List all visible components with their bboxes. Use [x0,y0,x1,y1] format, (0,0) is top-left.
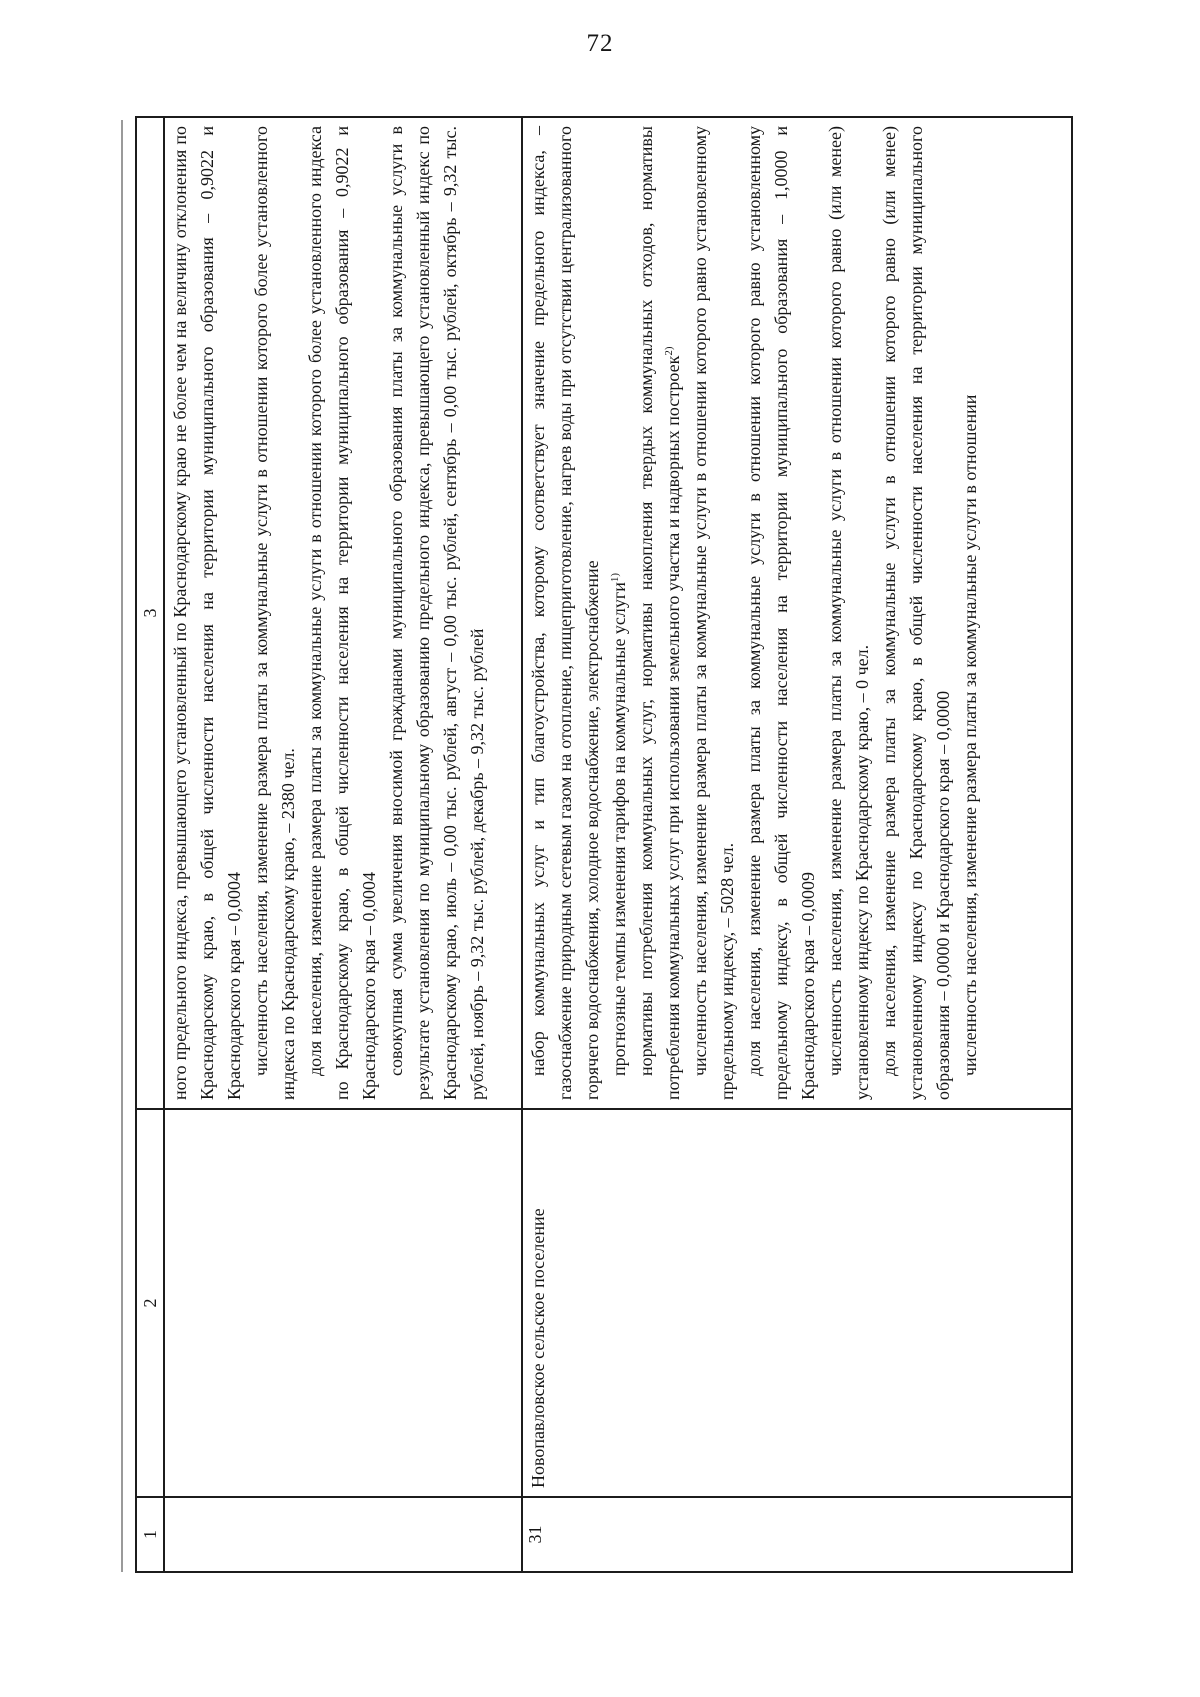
paragraph-text: прогнозные темпы изменения тарифов на ко… [609,582,629,1076]
table-header-row: 1 2 3 [136,117,164,1572]
paragraph: доля населения, изменение размера платы … [302,126,383,1100]
table-row-31: 31 Новопавловское сельское поселение наб… [522,117,1072,1572]
row-number-cell: 31 [522,1497,1072,1572]
footnote-marker-2: 2) [663,346,675,355]
description-cell: набор коммунальных услуг и тип благоустр… [522,117,1072,1109]
paragraph: совокупная сумма увеличения вносимой гра… [383,126,491,1100]
description-cell: ного предельного индекса, превышающего у… [164,117,522,1109]
rotated-table-container: 1 2 3 ного предельного индекса, превышаю… [135,118,1073,1573]
header-cell-col3: 3 [136,117,164,1109]
paragraph: набор коммунальных услуг и тип благоустр… [525,126,606,1100]
paragraph: численность населения, изменение размера… [248,126,302,1100]
paragraph: численность населения, изменение размера… [957,126,984,1100]
paragraph: численность населения, изменение размера… [822,126,876,1100]
limit-index-table: 1 2 3 ного предельного индекса, превышаю… [135,116,1073,1573]
paragraph: прогнозные темпы изменения тарифов на ко… [606,126,633,1100]
municipality-name-cell [164,1109,522,1497]
table-row-continuation: ного предельного индекса, превышающего у… [164,117,522,1572]
paragraph: доля населения, изменение размера платы … [741,126,822,1100]
paragraph: численность населения, изменение размера… [687,126,741,1100]
footnote-marker-1: 1) [609,573,621,582]
page-number: 72 [0,30,1200,58]
scan-artifact-line [121,120,123,1572]
header-cell-col2: 2 [136,1109,164,1497]
paragraph: нормативы потребления коммунальных услуг… [633,126,687,1100]
municipality-name-cell: Новопавловское сельское поселение [522,1109,1072,1497]
paragraph: ного предельного индекса, превышающего у… [167,126,248,1100]
paragraph-text: нормативы потребления коммунальных услуг… [636,126,683,1100]
row-number-cell [164,1497,522,1572]
paragraph: доля населения, изменение размера платы … [876,126,957,1100]
document-page: { "page": { "number": "72" }, "table": {… [0,0,1200,1697]
header-cell-col1: 1 [136,1497,164,1572]
municipality-name: Новопавловское сельское поселение [525,1118,552,1488]
